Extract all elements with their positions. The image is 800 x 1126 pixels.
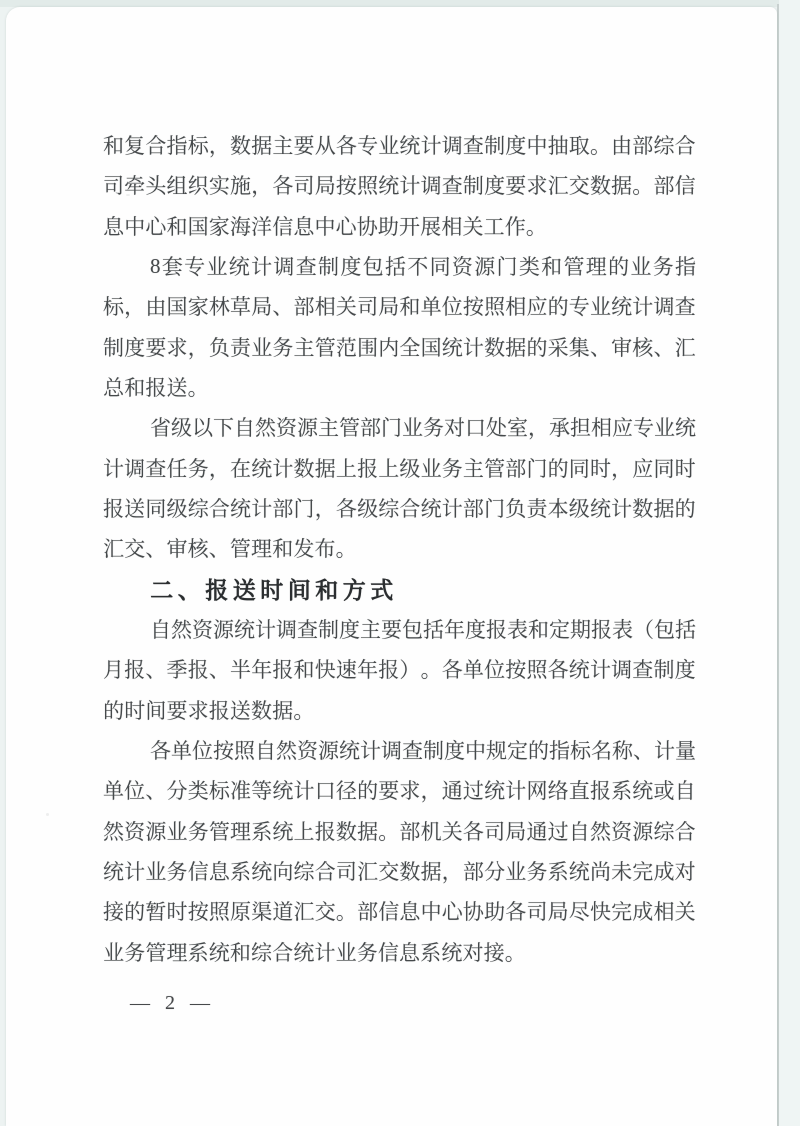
char: 查 — [463, 130, 484, 160]
char: 汇 — [357, 856, 378, 886]
char: （ — [633, 614, 654, 644]
char: 统 — [272, 775, 293, 805]
char: ， — [421, 775, 442, 805]
char: 和 — [103, 130, 124, 160]
char: 林 — [209, 291, 230, 321]
char: 和 — [272, 533, 293, 563]
char: 季 — [167, 654, 188, 684]
char: 数 — [251, 695, 272, 725]
char: 源 — [297, 412, 318, 442]
char: 和 — [399, 291, 420, 321]
char: 快 — [590, 896, 611, 926]
char: 本 — [548, 493, 569, 523]
char: 管 — [145, 937, 166, 967]
char: 源 — [474, 251, 495, 281]
char: 各 — [272, 170, 293, 200]
char: 室 — [507, 412, 528, 442]
char: 统 — [399, 130, 420, 160]
char: 应 — [612, 412, 633, 442]
char: 系 — [548, 856, 569, 886]
char: 制 — [463, 170, 484, 200]
scan-speck — [126, 194, 130, 196]
text-line: 的时间要求报送数据。 — [103, 690, 696, 730]
char: 表 — [612, 614, 633, 644]
char: 道 — [272, 896, 293, 926]
char: 成 — [632, 896, 653, 926]
char: 络 — [548, 775, 569, 805]
char: 相 — [505, 291, 526, 321]
char: 中 — [526, 130, 547, 160]
char: 对 — [444, 412, 465, 442]
char: 主 — [360, 614, 381, 644]
char: 、 — [145, 654, 166, 684]
char: 半 — [230, 654, 251, 684]
char: 系 — [230, 856, 251, 886]
char: 单 — [463, 654, 484, 684]
char: 务 — [188, 453, 209, 483]
char: 合 — [209, 493, 230, 523]
char: 求 — [167, 332, 188, 362]
char: 。 — [505, 937, 526, 967]
char: 照 — [209, 896, 230, 926]
char: 求 — [188, 695, 209, 725]
char: 责 — [526, 493, 547, 523]
char: 合 — [315, 856, 336, 886]
char: 时 — [167, 896, 188, 926]
char: 时 — [675, 453, 696, 483]
char: 综 — [653, 130, 674, 160]
char: 主 — [272, 130, 293, 160]
char: 中 — [314, 211, 335, 241]
char: 的 — [675, 493, 696, 523]
char: 息 — [103, 211, 124, 241]
char: 上 — [378, 453, 399, 483]
char: 位 — [124, 775, 145, 805]
char: 度 — [340, 251, 361, 281]
text-line: 司牵头组织实施，各司局按照统计调查制度要求汇交数据。部信 — [103, 165, 696, 205]
char: 管 — [209, 816, 230, 846]
char: 。 — [188, 372, 209, 402]
char: 务 — [188, 816, 209, 846]
char: 按 — [505, 654, 526, 684]
char: 作 — [505, 211, 526, 241]
char: 报 — [272, 654, 293, 684]
char: 和 — [528, 614, 549, 644]
char: 机 — [421, 816, 442, 846]
char: 度 — [465, 614, 486, 644]
char: 务 — [357, 937, 378, 967]
char: 计 — [442, 493, 463, 523]
char: 业 — [251, 332, 272, 362]
char: 包 — [654, 614, 675, 644]
char: 数 — [590, 170, 611, 200]
char: 级 — [569, 493, 590, 523]
char: 送 — [166, 372, 187, 402]
char: 统 — [590, 493, 611, 523]
char: 省 — [150, 412, 171, 442]
document-body-text: 和复合指标，数据主要从各专业统计调查制度中抽取。由部综合司牵头组织实施，各司局按… — [103, 125, 696, 972]
char: 息 — [209, 856, 230, 886]
char: 信 — [272, 211, 293, 241]
char: 业 — [103, 937, 124, 967]
char: 合 — [399, 493, 420, 523]
char: 司 — [357, 291, 378, 321]
char: 统 — [484, 775, 505, 805]
char: 报 — [188, 654, 209, 684]
char: 。 — [590, 130, 611, 160]
text-line: 标，由国家林草局、部相关司局和单位按照相应的专业统计调查 — [103, 286, 696, 326]
char: 标 — [570, 735, 591, 765]
char: 息 — [399, 937, 420, 967]
char: 不 — [407, 251, 428, 281]
char: 信 — [378, 937, 399, 967]
char: 二 — [148, 572, 176, 605]
char: 综 — [378, 493, 399, 523]
char: 信 — [188, 856, 209, 886]
char: 计 — [611, 493, 632, 523]
char: 。 — [336, 896, 357, 926]
text-line: 业务管理系统和综合统计业务信息系统对接。 — [103, 932, 696, 972]
char: 度 — [484, 170, 505, 200]
char: 和 — [166, 211, 187, 241]
char: 统 — [103, 856, 124, 886]
char: 的 — [103, 695, 124, 725]
char: 年 — [357, 654, 378, 684]
char: ， — [124, 291, 145, 321]
char: 草 — [230, 291, 251, 321]
char: 汇 — [548, 170, 569, 200]
char: 协 — [357, 211, 378, 241]
char: 采 — [548, 332, 569, 362]
char: 报 — [357, 453, 378, 483]
char: 按 — [336, 170, 357, 200]
text-line: 各单位按照自然资源统计调查制度中规定的指标名称、计量 — [103, 730, 696, 770]
char: 围 — [357, 332, 378, 362]
char: 准 — [230, 775, 251, 805]
char: 内 — [378, 332, 399, 362]
char: 统 — [442, 332, 463, 362]
char: 统 — [339, 735, 360, 765]
char: 查 — [297, 614, 318, 644]
char: 口 — [465, 412, 486, 442]
char: 尚 — [590, 856, 611, 886]
char: 理 — [230, 816, 251, 846]
char: 源 — [213, 614, 234, 644]
char: 各 — [442, 654, 463, 684]
char: 管 — [315, 332, 336, 362]
char: 查 — [296, 251, 317, 281]
char: 完 — [611, 896, 632, 926]
char: ， — [188, 332, 209, 362]
char: ， — [528, 412, 549, 442]
text-line: 计调查任务，在统计数据上报上级业务主管部门的同时，应同时 — [103, 448, 696, 488]
char: 业 — [378, 130, 399, 160]
scanned-document-screenshot: { "page": { "number_label": "— 2 —", "pa… — [0, 0, 800, 1126]
char: 承 — [549, 412, 570, 442]
char: 制 — [318, 251, 339, 281]
char: 要 — [145, 332, 166, 362]
char: 和 — [294, 654, 315, 684]
char: 调 — [124, 453, 145, 483]
char: 各 — [505, 896, 526, 926]
char: 计 — [421, 130, 442, 160]
char: 据 — [315, 453, 336, 483]
char: ， — [251, 170, 272, 200]
char: 单 — [171, 735, 192, 765]
char: 负 — [209, 332, 230, 362]
char: 主 — [463, 453, 484, 483]
char: 统 — [272, 816, 293, 846]
char: 查 — [145, 453, 166, 483]
char: 过 — [548, 816, 569, 846]
char: 统 — [293, 937, 314, 967]
char: 调 — [442, 130, 463, 160]
char: 调 — [273, 251, 294, 281]
char: 业 — [421, 453, 442, 483]
char: 括 — [385, 251, 406, 281]
char: 门 — [294, 493, 315, 523]
char: 统 — [209, 937, 230, 967]
char: 核 — [632, 332, 653, 362]
char: 业 — [145, 856, 166, 886]
char: 由 — [611, 130, 632, 160]
char: 套 — [162, 251, 183, 281]
section-heading: 二、报送时间和方式 — [103, 569, 696, 609]
char: 计 — [399, 170, 420, 200]
char: 尽 — [569, 896, 590, 926]
char: 相 — [315, 291, 336, 321]
char: 计 — [463, 332, 484, 362]
char: 月 — [103, 654, 124, 684]
char: 制 — [484, 130, 505, 160]
document-page: 和复合指标，数据主要从各专业统计调查制度中抽取。由部综合司牵头组织实施，各司局按… — [6, 7, 777, 1126]
char: 主 — [294, 332, 315, 362]
char: ） — [399, 654, 420, 684]
char: 名 — [591, 735, 612, 765]
char: ， — [611, 453, 632, 483]
char: 计 — [360, 735, 381, 765]
char: 统 — [675, 412, 696, 442]
char: 位 — [484, 654, 505, 684]
char: 单 — [103, 775, 124, 805]
char: 部 — [357, 896, 378, 926]
char: 然 — [103, 816, 124, 846]
char: 务 — [526, 856, 547, 886]
char: 汇 — [103, 533, 124, 563]
char: 制 — [103, 332, 124, 362]
page-number: — 2 — — [130, 983, 215, 1023]
char: 下 — [213, 412, 234, 442]
char: 业 — [654, 412, 675, 442]
char: 量 — [675, 735, 696, 765]
char: 门 — [497, 251, 518, 281]
char: 分 — [484, 856, 505, 886]
char: 求 — [526, 170, 547, 200]
char: 部 — [360, 412, 381, 442]
char: 查 — [402, 735, 423, 765]
char: 计 — [255, 614, 276, 644]
char: 统 — [421, 493, 442, 523]
text-line: 总和报送。 — [103, 367, 696, 407]
char: 然 — [590, 816, 611, 846]
char: 各 — [336, 493, 357, 523]
char: 取 — [569, 130, 590, 160]
char: 统 — [251, 856, 272, 886]
char: 统 — [229, 251, 250, 281]
char: 理 — [586, 251, 607, 281]
char: 据 — [653, 493, 674, 523]
char: 务 — [272, 332, 293, 362]
char: 级 — [399, 453, 420, 483]
char: 务 — [442, 453, 463, 483]
text-line: 统计业务信息系统向综合司汇交数据，部分业务系统尚未完成对 — [103, 851, 696, 891]
char: 计 — [294, 775, 315, 805]
char: 业 — [590, 291, 611, 321]
char: 在 — [230, 453, 251, 483]
char: 、 — [653, 332, 674, 362]
char: 自 — [569, 816, 590, 846]
char: 对 — [462, 937, 483, 967]
char: 司 — [294, 170, 315, 200]
char: 统 — [632, 775, 653, 805]
char: 同 — [653, 453, 674, 483]
char: 计 — [251, 493, 272, 523]
char: 然 — [255, 412, 276, 442]
char: 报 — [378, 654, 399, 684]
char: 源 — [318, 735, 339, 765]
char: 。 — [526, 211, 547, 241]
char: 。 — [632, 170, 653, 200]
char: 口 — [315, 775, 336, 805]
char: 国 — [188, 211, 209, 241]
char: 径 — [336, 775, 357, 805]
char: 或 — [653, 775, 674, 805]
char: 资 — [192, 614, 213, 644]
char: 同 — [569, 453, 590, 483]
char: 责 — [230, 332, 251, 362]
char: 、 — [590, 332, 611, 362]
char: 心 — [336, 211, 357, 241]
char: 息 — [293, 211, 314, 241]
char: 上 — [294, 816, 315, 846]
char: 应 — [526, 291, 547, 321]
char: 家 — [188, 291, 209, 321]
char: 抽 — [548, 130, 569, 160]
char: 系 — [420, 937, 441, 967]
char: 业 — [167, 816, 188, 846]
char: 位 — [442, 291, 463, 321]
char: 表 — [507, 614, 528, 644]
char: 计 — [314, 937, 335, 967]
char: 由 — [145, 291, 166, 321]
char: 部 — [272, 493, 293, 523]
char: 业 — [206, 251, 227, 281]
text-line: 单位、分类标准等统计口径的要求，通过统计网络直报系统或自 — [103, 770, 696, 810]
char: 统 — [230, 493, 251, 523]
char: 类 — [188, 775, 209, 805]
char: 调 — [276, 614, 297, 644]
char: ， — [209, 130, 230, 160]
text-line: 汇交、审核、管理和发布。 — [103, 528, 696, 568]
char: 送 — [230, 695, 251, 725]
char: 信 — [675, 170, 696, 200]
char: 统 — [234, 614, 255, 644]
char: 管 — [339, 412, 360, 442]
char: 心 — [442, 896, 463, 926]
char: 交 — [315, 896, 336, 926]
char: 家 — [209, 211, 230, 241]
char: 统 — [569, 654, 590, 684]
char: 计 — [124, 856, 145, 886]
char: 各 — [336, 130, 357, 160]
char: 中 — [124, 211, 145, 241]
char: 对 — [675, 856, 696, 886]
char: 关 — [462, 211, 483, 241]
char: 中 — [465, 735, 486, 765]
char: 头 — [145, 170, 166, 200]
char: 综 — [251, 937, 272, 967]
char: 指 — [675, 251, 696, 281]
char: 司 — [526, 896, 547, 926]
char: ， — [315, 493, 336, 523]
char: 各 — [463, 816, 484, 846]
char: 向 — [272, 856, 293, 886]
char: 部 — [505, 453, 526, 483]
scanner-background-right — [779, 0, 800, 1126]
char: 的 — [124, 896, 145, 926]
char: 关 — [442, 816, 463, 846]
char: 核 — [188, 533, 209, 563]
text-line: 省级以下自然资源主管部门业务对口处室，承担相应专业统 — [103, 407, 696, 447]
char: 门 — [526, 453, 547, 483]
char: 局 — [378, 291, 399, 321]
text-line: 报送同级综合统计部门，各级综合统计部门负责本级统计数据的 — [103, 488, 696, 528]
char: 统 — [251, 453, 272, 483]
char: ， — [209, 453, 230, 483]
char: 务 — [167, 856, 188, 886]
char: 照 — [234, 735, 255, 765]
char: 报 — [315, 816, 336, 846]
char: 的 — [548, 453, 569, 483]
char: 资 — [276, 412, 297, 442]
char: 相 — [653, 896, 674, 926]
char: 源 — [145, 816, 166, 846]
text-line: 制度要求，负责业务主管范围内全国统计数据的采集、审核、汇 — [103, 327, 696, 367]
char: 标 — [209, 775, 230, 805]
char: 直 — [569, 775, 590, 805]
char: 数 — [336, 816, 357, 846]
char: 综 — [188, 493, 209, 523]
char: 协 — [463, 896, 484, 926]
char: 施 — [230, 170, 251, 200]
char: 按 — [188, 896, 209, 926]
char: 的 — [526, 332, 547, 362]
char: 式 — [368, 572, 396, 605]
char: 照 — [526, 654, 547, 684]
char: 计 — [103, 453, 124, 483]
char: 合 — [145, 130, 166, 160]
char: 调 — [381, 735, 402, 765]
char: 负 — [505, 493, 526, 523]
char: 自 — [255, 735, 276, 765]
char: 展 — [420, 211, 441, 241]
char: 应 — [632, 453, 653, 483]
char: 关 — [336, 291, 357, 321]
char: 专 — [357, 130, 378, 160]
char: 制 — [318, 614, 339, 644]
text-line: 月报、季报、半年报和快速年报）。各单位按照各统计调查制度 — [103, 649, 696, 689]
char: 要 — [294, 130, 315, 160]
